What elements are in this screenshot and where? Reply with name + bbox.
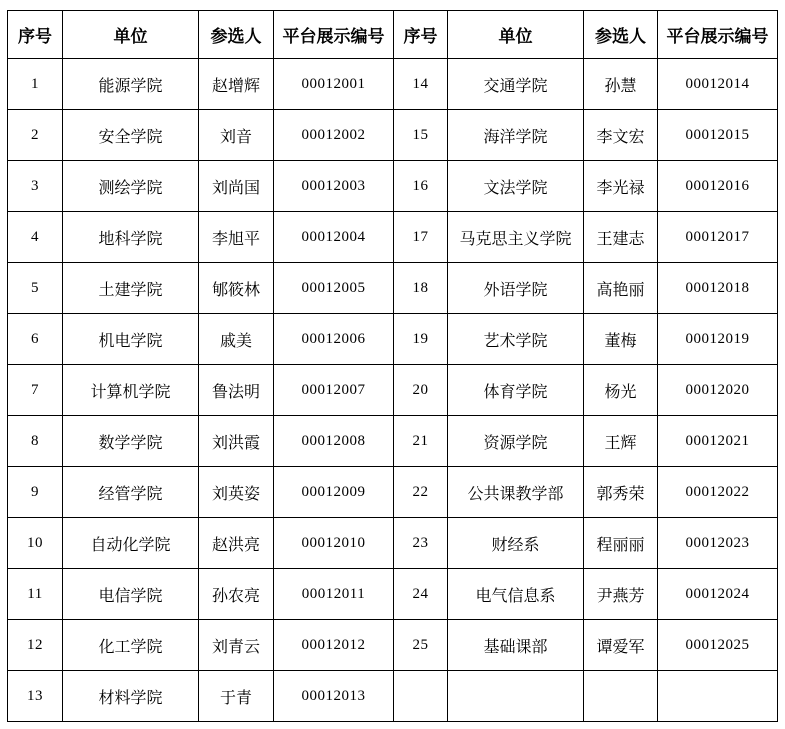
cell-unit-left: 化工学院 (63, 620, 199, 671)
column-header-index-left: 序号 (8, 11, 63, 59)
column-header-unit-right: 单位 (448, 11, 584, 59)
table-row: 6机电学院戚美0001200619艺术学院董梅00012019 (8, 314, 778, 365)
table-row: 13材料学院于青00012013 (8, 671, 778, 722)
cell-person-left: 赵洪亮 (199, 518, 274, 569)
cell-code-right: 00012018 (658, 263, 778, 314)
cell-code-left: 00012007 (274, 365, 394, 416)
cell-unit-right: 文法学院 (448, 161, 584, 212)
cell-code-right: 00012017 (658, 212, 778, 263)
cell-unit-right: 基础课部 (448, 620, 584, 671)
column-header-unit-left: 单位 (63, 11, 199, 59)
cell-code-left: 00012009 (274, 467, 394, 518)
cell-unit-right: 公共课教学部 (448, 467, 584, 518)
cell-unit-left: 机电学院 (63, 314, 199, 365)
cell-person-right: 王辉 (584, 416, 658, 467)
cell-index-left: 9 (8, 467, 63, 518)
cell-unit-right: 电气信息系 (448, 569, 584, 620)
cell-person-left: 刘音 (199, 110, 274, 161)
table-row: 5土建学院郇筱林0001200518外语学院高艳丽00012018 (8, 263, 778, 314)
cell-unit-right: 交通学院 (448, 59, 584, 110)
table-row: 2安全学院刘音0001200215海洋学院李文宏00012015 (8, 110, 778, 161)
column-header-index-right: 序号 (394, 11, 448, 59)
cell-unit-right: 马克思主义学院 (448, 212, 584, 263)
cell-index-right: 16 (394, 161, 448, 212)
cell-unit-left: 电信学院 (63, 569, 199, 620)
table-row: 8数学学院刘洪霞0001200821资源学院王辉00012021 (8, 416, 778, 467)
cell-code-right: 00012021 (658, 416, 778, 467)
cell-index-right: 15 (394, 110, 448, 161)
cell-index-right: 20 (394, 365, 448, 416)
cell-code-right: 00012019 (658, 314, 778, 365)
cell-person-left: 戚美 (199, 314, 274, 365)
cell-unit-left: 地科学院 (63, 212, 199, 263)
cell-code-left: 00012010 (274, 518, 394, 569)
cell-code-right: 00012015 (658, 110, 778, 161)
cell-code-left: 00012013 (274, 671, 394, 722)
cell-unit-left: 数学学院 (63, 416, 199, 467)
cell-person-right: 程丽丽 (584, 518, 658, 569)
column-header-code-right: 平台展示编号 (658, 11, 778, 59)
cell-index-left: 5 (8, 263, 63, 314)
cell-index-left: 13 (8, 671, 63, 722)
cell-index-left: 2 (8, 110, 63, 161)
cell-person-left: 郇筱林 (199, 263, 274, 314)
cell-index-right: 22 (394, 467, 448, 518)
table-row: 1能源学院赵增辉0001200114交通学院孙慧00012014 (8, 59, 778, 110)
cell-unit-left: 能源学院 (63, 59, 199, 110)
cell-code-left: 00012002 (274, 110, 394, 161)
cell-code-left: 00012012 (274, 620, 394, 671)
cell-person-left: 李旭平 (199, 212, 274, 263)
cell-index-left: 10 (8, 518, 63, 569)
cell-index-right: 23 (394, 518, 448, 569)
table-row: 7计算机学院鲁法明0001200720体育学院杨光00012020 (8, 365, 778, 416)
cell-code-left: 00012006 (274, 314, 394, 365)
cell-index-right: 19 (394, 314, 448, 365)
cell-code-right: 00012022 (658, 467, 778, 518)
cell-code-left: 00012001 (274, 59, 394, 110)
cell-code-left: 00012008 (274, 416, 394, 467)
cell-code-left: 00012004 (274, 212, 394, 263)
cell-person-left: 刘英姿 (199, 467, 274, 518)
cell-unit-right: 艺术学院 (448, 314, 584, 365)
table-row: 3测绘学院刘尚国0001200316文法学院李光禄00012016 (8, 161, 778, 212)
table-header: 序号 单位 参选人 平台展示编号 序号 单位 参选人 平台展示编号 (8, 11, 778, 59)
cell-person-left: 赵增辉 (199, 59, 274, 110)
cell-index-right: 17 (394, 212, 448, 263)
cell-code-left: 00012005 (274, 263, 394, 314)
cell-unit-left: 材料学院 (63, 671, 199, 722)
cell-index-left: 3 (8, 161, 63, 212)
table-row: 11电信学院孙农亮0001201124电气信息系尹燕芳00012024 (8, 569, 778, 620)
cell-unit-right: 体育学院 (448, 365, 584, 416)
cell-person-right (584, 671, 658, 722)
cell-person-right: 郭秀荣 (584, 467, 658, 518)
cell-index-left: 6 (8, 314, 63, 365)
cell-code-right: 00012016 (658, 161, 778, 212)
cell-person-right: 董梅 (584, 314, 658, 365)
cell-person-right: 孙慧 (584, 59, 658, 110)
cell-person-right: 高艳丽 (584, 263, 658, 314)
cell-index-right: 24 (394, 569, 448, 620)
cell-index-left: 7 (8, 365, 63, 416)
cell-unit-right: 资源学院 (448, 416, 584, 467)
cell-unit-right: 外语学院 (448, 263, 584, 314)
table-row: 9经管学院刘英姿0001200922公共课教学部郭秀荣00012022 (8, 467, 778, 518)
cell-unit-right: 财经系 (448, 518, 584, 569)
cell-unit-left: 计算机学院 (63, 365, 199, 416)
cell-code-right (658, 671, 778, 722)
cell-person-right: 杨光 (584, 365, 658, 416)
cell-index-right: 18 (394, 263, 448, 314)
cell-code-right: 00012020 (658, 365, 778, 416)
cell-person-left: 刘青云 (199, 620, 274, 671)
cell-index-left: 11 (8, 569, 63, 620)
cell-unit-left: 安全学院 (63, 110, 199, 161)
cell-unit-left: 测绘学院 (63, 161, 199, 212)
column-header-person-left: 参选人 (199, 11, 274, 59)
cell-index-left: 12 (8, 620, 63, 671)
cell-index-right: 25 (394, 620, 448, 671)
cell-person-left: 刘尚国 (199, 161, 274, 212)
table-row: 10自动化学院赵洪亮0001201023财经系程丽丽00012023 (8, 518, 778, 569)
cell-person-right: 李光禄 (584, 161, 658, 212)
cell-index-left: 1 (8, 59, 63, 110)
cell-person-left: 刘洪霞 (199, 416, 274, 467)
cell-index-right (394, 671, 448, 722)
cell-person-right: 王建志 (584, 212, 658, 263)
cell-person-left: 鲁法明 (199, 365, 274, 416)
cell-index-right: 21 (394, 416, 448, 467)
cell-person-right: 李文宏 (584, 110, 658, 161)
cell-unit-left: 经管学院 (63, 467, 199, 518)
table-body: 1能源学院赵增辉0001200114交通学院孙慧000120142安全学院刘音0… (8, 59, 778, 722)
cell-index-left: 4 (8, 212, 63, 263)
cell-person-left: 孙农亮 (199, 569, 274, 620)
cell-code-right: 00012024 (658, 569, 778, 620)
cell-person-right: 尹燕芳 (584, 569, 658, 620)
cell-code-right: 00012023 (658, 518, 778, 569)
cell-person-right: 谭爱军 (584, 620, 658, 671)
cell-unit-right: 海洋学院 (448, 110, 584, 161)
cell-person-left: 于青 (199, 671, 274, 722)
table-row: 12化工学院刘青云0001201225基础课部谭爱军00012025 (8, 620, 778, 671)
cell-code-right: 00012025 (658, 620, 778, 671)
roster-table: 序号 单位 参选人 平台展示编号 序号 单位 参选人 平台展示编号 1能源学院赵… (7, 10, 778, 722)
cell-unit-right (448, 671, 584, 722)
header-row: 序号 单位 参选人 平台展示编号 序号 单位 参选人 平台展示编号 (8, 11, 778, 59)
cell-code-right: 00012014 (658, 59, 778, 110)
table-row: 4地科学院李旭平0001200417马克思主义学院王建志00012017 (8, 212, 778, 263)
column-header-code-left: 平台展示编号 (274, 11, 394, 59)
page-background: 序号 单位 参选人 平台展示编号 序号 单位 参选人 平台展示编号 1能源学院赵… (0, 0, 785, 729)
column-header-person-right: 参选人 (584, 11, 658, 59)
cell-code-left: 00012011 (274, 569, 394, 620)
cell-unit-left: 土建学院 (63, 263, 199, 314)
cell-code-left: 00012003 (274, 161, 394, 212)
cell-index-right: 14 (394, 59, 448, 110)
cell-unit-left: 自动化学院 (63, 518, 199, 569)
cell-index-left: 8 (8, 416, 63, 467)
